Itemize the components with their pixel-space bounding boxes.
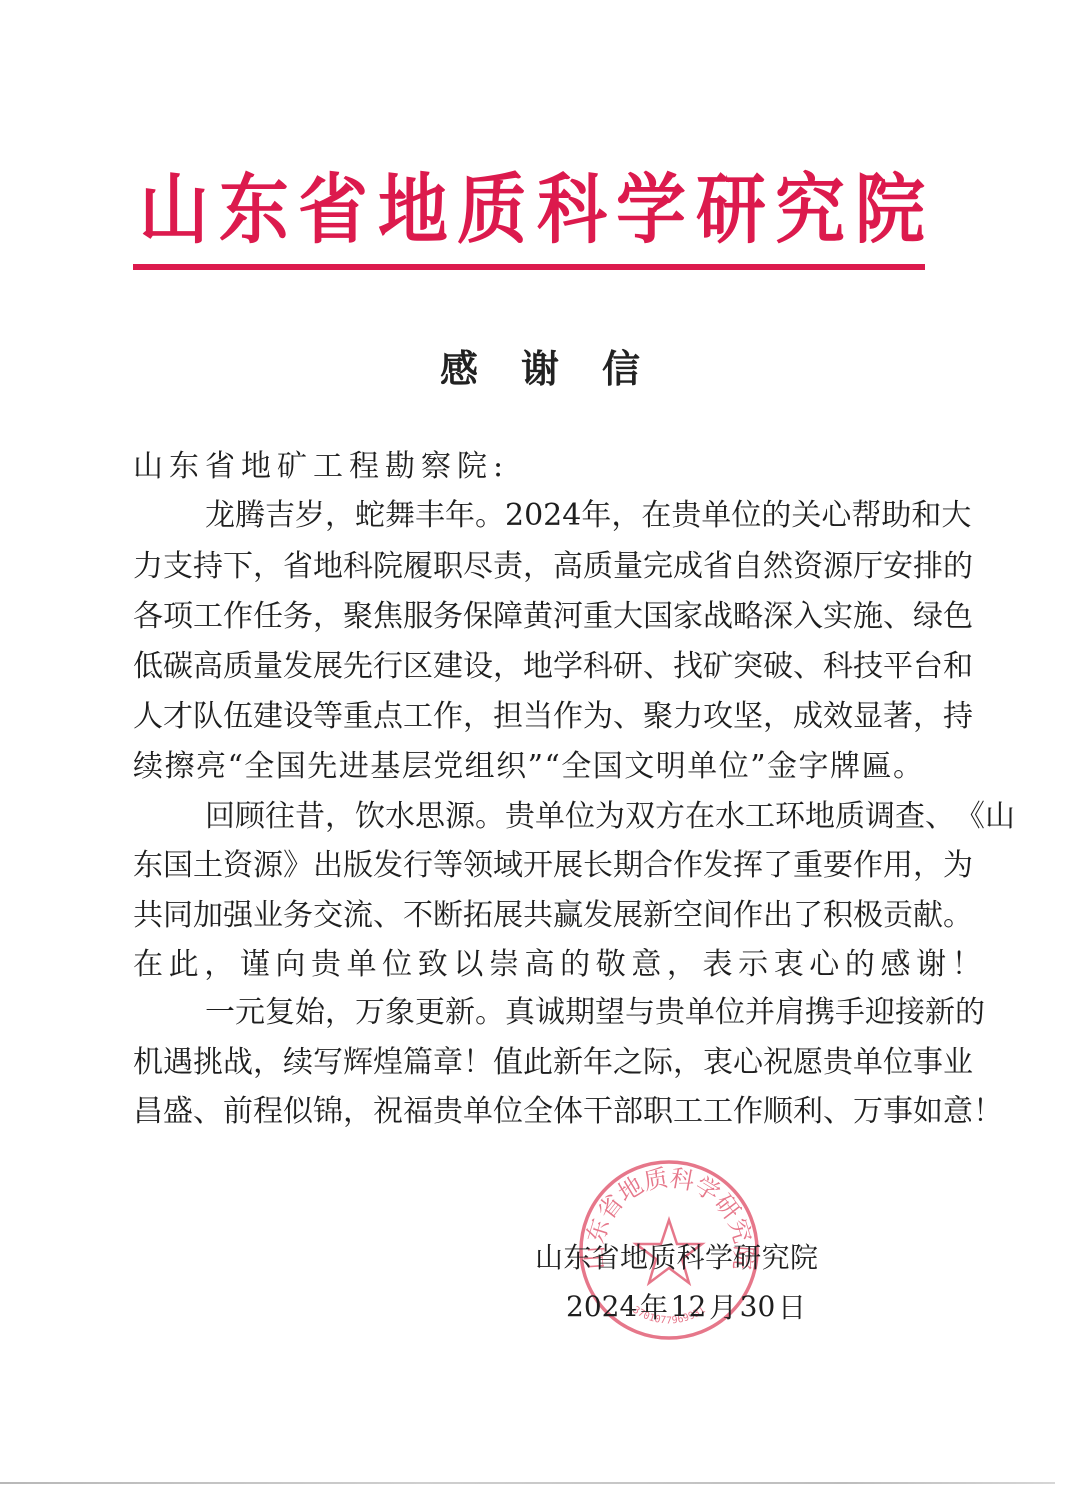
- letter-line-char: 遇: [163, 1043, 193, 1083]
- letter-line-char: 断: [433, 896, 463, 936]
- letter-line-char: 一: [205, 993, 235, 1033]
- letter-line-char: 成: [673, 547, 703, 587]
- letter-line-char: 等: [313, 697, 343, 737]
- letter-line-char: 值: [493, 1043, 523, 1083]
- letter-line-char: ，: [913, 846, 943, 886]
- letter-line-char: 挑: [193, 1043, 223, 1083]
- letter-line-char: 开: [523, 846, 553, 886]
- letter-line-char: 单: [535, 797, 565, 837]
- signature-date-char: 月: [709, 1286, 737, 1326]
- letterhead-organization-char: 院: [855, 168, 925, 252]
- letter-line-char: 职: [643, 1092, 673, 1132]
- letter-line-char: 效: [823, 697, 853, 737]
- letter-line-char: 接: [895, 993, 925, 1033]
- letter-line-char: 的: [943, 547, 973, 587]
- letter-line-char: 东: [133, 846, 163, 886]
- letter-line-char: 饮: [355, 797, 385, 837]
- letter-line: 各项工作任务，聚焦服务保障黄河重大国家战略深入实施、绿色: [133, 597, 923, 637]
- letter-line-char: 衷: [703, 1043, 733, 1083]
- letter-line-char: 履: [403, 547, 433, 587]
- letter-line-char: 持: [193, 547, 223, 587]
- letter-line: 力支持下，省地科院履职尽责，高质量完成省自然资源厅安排的: [133, 547, 923, 587]
- letter-line-char: ，: [611, 496, 641, 536]
- letter-line-char: 年: [445, 496, 475, 536]
- letter-line: 机遇挑战，续写辉煌篇章！值此新年之际，衷心祝愿贵单位事业: [133, 1043, 923, 1083]
- letter-line-char: 务: [433, 597, 463, 637]
- letter-line-char: 层: [402, 747, 432, 787]
- letter-line-char: 帮: [851, 496, 881, 536]
- letter-line-char: ”: [750, 747, 765, 787]
- letter-line-char: 章: [433, 1043, 463, 1083]
- letter-line-char: ！: [973, 1092, 1003, 1132]
- letter-line-char: 事: [913, 1043, 943, 1083]
- letter-line-char: 组: [465, 747, 495, 787]
- letter-line-char: ，: [325, 993, 355, 1033]
- letter-line-char: 意: [943, 1092, 973, 1132]
- letter-line-char: 。: [475, 797, 505, 837]
- letter-line-char: 新: [553, 1043, 583, 1083]
- letterhead-organization-char: 科: [537, 168, 607, 252]
- letter-line-char: 和: [911, 496, 941, 536]
- letter-line: 东国土资源》出版发行等领域开展长期合作发挥了重要作用，为: [133, 846, 923, 886]
- signature-organization-char: 院: [790, 1236, 818, 1276]
- letter-line-char: 高: [525, 945, 555, 985]
- letter-line-char: “: [227, 747, 242, 787]
- letter-line: 一元复始，万象更新。真诚期望与贵单位并肩携手迎接新的: [205, 993, 923, 1033]
- letter-line-char: 程: [253, 1092, 283, 1132]
- letter-line-char: 各: [133, 597, 163, 637]
- letter-line-char: 持: [943, 697, 973, 737]
- letter-line-char: 际: [643, 1043, 673, 1083]
- letter-line-char: 深: [763, 597, 793, 637]
- letter-line-char: 作: [853, 846, 883, 886]
- letter-line-char: 擦: [164, 747, 194, 787]
- letter-line-char: 版: [343, 846, 373, 886]
- letter-line-char: 党: [433, 747, 463, 787]
- letter-line-char: 等: [433, 846, 463, 886]
- letter-line-char: 心: [809, 945, 839, 985]
- letter-line-char: 位: [715, 993, 745, 1033]
- letter-line-char: 国: [276, 747, 306, 787]
- letter-line-char: 位: [883, 1043, 913, 1083]
- letter-line-char: 的: [761, 496, 791, 536]
- letter-line-char: 加: [193, 896, 223, 936]
- letter-line-char: 位: [565, 797, 595, 837]
- letter-line-char: 设: [463, 647, 493, 687]
- letter-line-char: 破: [763, 647, 793, 687]
- letter-line-char: 著: [883, 697, 913, 737]
- letter-line-char: 进: [339, 747, 369, 787]
- letter-line-char: 源: [823, 547, 853, 587]
- letter-line-char: 流: [343, 896, 373, 936]
- letter-line-char: 崇: [489, 945, 519, 985]
- letter-line-char: 调: [865, 797, 895, 837]
- letter-line-char: 完: [643, 547, 673, 587]
- letter-line-char: 间: [703, 896, 733, 936]
- letter-line-char: 业: [253, 896, 283, 936]
- letter-line-char: 为: [583, 697, 613, 737]
- letter-line-char: ，: [253, 547, 283, 587]
- letter-line-char: 空: [673, 896, 703, 936]
- letter-line-char: 障: [493, 597, 523, 637]
- letter-line-char: 辉: [343, 1043, 373, 1083]
- letter-line-char: 并: [745, 993, 775, 1033]
- letterhead-organization: 山东省地质科学研究院: [136, 168, 928, 252]
- letter-line-char: 、: [883, 597, 913, 637]
- letter-line-char: 贵: [655, 993, 685, 1033]
- letter-line-char: 、: [925, 797, 955, 837]
- letter-line: 共同加强业务交流、不断拓展共赢发展新空间作出了积极贡献。: [133, 896, 923, 936]
- letter-line-char: ，: [343, 1092, 373, 1132]
- letter-line-char: 重: [793, 846, 823, 886]
- letter-line-char: 事: [883, 1092, 913, 1132]
- letter-line-char: ，: [673, 1043, 703, 1083]
- letter-line: 龙腾吉岁，蛇舞丰年。2024年，在贵单位的关心帮助和大: [205, 496, 923, 536]
- letter-line-char: 出: [763, 896, 793, 936]
- letter-line-char: 顺: [763, 1092, 793, 1132]
- letter-line-char: 战: [223, 1043, 253, 1083]
- letter-line-char: 源: [253, 846, 283, 886]
- signature-date-char: 30: [740, 1290, 776, 1323]
- letter-line-char: 资: [793, 547, 823, 587]
- letter-line-char: 心: [821, 496, 851, 536]
- letter-line-char: 在: [685, 797, 715, 837]
- letter-line-char: 高: [193, 647, 223, 687]
- letter-line-char: 续: [283, 1043, 313, 1083]
- letter-line-char: 展: [613, 896, 643, 936]
- letter-line-char: 舞: [385, 496, 415, 536]
- letter-line-char: 大: [613, 597, 643, 637]
- letter-line-char: 利: [793, 1092, 823, 1132]
- letter-line-char: 新: [643, 896, 673, 936]
- letter-line-char: 国: [593, 747, 623, 787]
- letter-line-char: 下: [223, 547, 253, 587]
- letter-line: 低碳高质量发展先行区建设，地学科研、找矿突破、科技平台和: [133, 647, 923, 687]
- letter-line-char: 》: [283, 846, 313, 886]
- letter-line-char: 谨: [240, 945, 270, 985]
- letter-line-char: 的: [560, 945, 590, 985]
- letter-line-char: 携: [805, 993, 835, 1033]
- letter-line-char: 展: [493, 896, 523, 936]
- document-title-char: 信: [602, 338, 640, 393]
- letter-line-char: 煌: [373, 1043, 403, 1083]
- letter-line-char: 省: [283, 547, 313, 587]
- letter-line-char: 、: [613, 697, 643, 737]
- letter-line: 昌盛、前程似锦，祝福贵单位全体干部职工工作顺利、万事如意！: [133, 1092, 923, 1132]
- letter-line-char: 水: [715, 797, 745, 837]
- letter-line-char: 文: [624, 747, 654, 787]
- letter-line-char: 全: [244, 747, 274, 787]
- salutation: 山东省地矿工程勘察院:: [133, 447, 923, 487]
- letter-line-char: 找: [673, 647, 703, 687]
- letter-line-char: 始: [295, 993, 325, 1033]
- letterhead-organization-char: 地: [378, 168, 448, 252]
- letterhead-organization-char: 学: [616, 168, 686, 252]
- letter-line-char: ，: [463, 697, 493, 737]
- letter-line-char: 在: [641, 496, 671, 536]
- letter-line-char: 学: [553, 647, 583, 687]
- letter-line-char: 务: [283, 597, 313, 637]
- letter-line-char: 写: [313, 1043, 343, 1083]
- letter-line-char: 单: [463, 1092, 493, 1132]
- letter-line-char: ，: [253, 1043, 283, 1083]
- letter-line-char: 年: [581, 496, 611, 536]
- letter-line-char: 真: [505, 993, 535, 1033]
- letter-line-char: 手: [835, 993, 865, 1033]
- letter-line-char: 祝: [373, 1092, 403, 1132]
- letterhead-organization-char: 山: [139, 168, 209, 252]
- letter-line-char: 单: [685, 993, 715, 1033]
- letter-line-char: ，: [493, 647, 523, 687]
- letter-line-char: 高: [553, 547, 583, 587]
- signature-date-char: 2024: [566, 1290, 637, 1323]
- letter-line-char: 保: [463, 597, 493, 637]
- letter-line-char: 发: [283, 647, 313, 687]
- letter-line-char: 出: [313, 846, 343, 886]
- letter-line-char: 昔: [295, 797, 325, 837]
- signature-organization-char: 东: [563, 1236, 591, 1276]
- letter-line-char: 衷: [774, 945, 804, 985]
- letter-line-char: 务: [283, 896, 313, 936]
- letter-line-char: 表: [703, 945, 733, 985]
- letter-line-char: 地: [313, 547, 343, 587]
- letter-line-char: 《: [955, 797, 985, 837]
- letter-line-char: 先: [343, 647, 373, 687]
- letter-line-char: 自: [733, 547, 763, 587]
- letter-line-char: 用: [883, 846, 913, 886]
- letter-line-char: 台: [913, 647, 943, 687]
- letter-line-char: 资: [223, 846, 253, 886]
- letter-line-char: 、: [823, 1092, 853, 1132]
- letter-line-char: 战: [703, 597, 733, 637]
- letter-line-char: 平: [883, 647, 913, 687]
- letter-line-char: 绿: [913, 597, 943, 637]
- letter-line-char: 院: [373, 547, 403, 587]
- letter-line-char: 祝: [763, 1043, 793, 1083]
- letter-line-char: 展: [553, 846, 583, 886]
- letter-line-char: 贡: [883, 896, 913, 936]
- letter-line-char: 聚: [643, 697, 673, 737]
- letter-line-char: 盛: [163, 1092, 193, 1132]
- letter-line-char: 关: [791, 496, 821, 536]
- letter-line-char: 不: [403, 896, 433, 936]
- signature-organization-char: 学: [705, 1236, 733, 1276]
- letter-line-char: 的: [955, 993, 985, 1033]
- letter-line-char: 工: [703, 1092, 733, 1132]
- letter-line-char: 基: [370, 747, 400, 787]
- letter-line-char: 建: [433, 647, 463, 687]
- letter-line-char: 在: [133, 945, 163, 985]
- letter-line-char: 回: [205, 797, 235, 837]
- letter-line-char: 之: [613, 1043, 643, 1083]
- letter-line-char: 单: [853, 1043, 883, 1083]
- letter-line-char: ，: [325, 496, 355, 536]
- letterhead-divider: [133, 264, 925, 270]
- letter-line-char: 作: [433, 697, 463, 737]
- letter-line-char: 。: [943, 896, 973, 936]
- letter-line-char: 极: [853, 896, 883, 936]
- letter-line: 在此，谨向贵单位致以崇高的敬意，表示衷心的感谢！: [133, 945, 923, 985]
- letter-line-char: 以: [453, 945, 483, 985]
- letter-line-char: 。: [475, 496, 505, 536]
- letter-line-char: 向: [275, 945, 305, 985]
- letter-line-char: 职: [433, 547, 463, 587]
- letterhead-organization-char: 究: [775, 168, 845, 252]
- letter-line-char: 此: [169, 945, 199, 985]
- letter-line-char: 攻: [703, 697, 733, 737]
- letter-line-char: 焦: [373, 597, 403, 637]
- letter-line-char: 查: [895, 797, 925, 837]
- letter-line-char: 伍: [223, 697, 253, 737]
- letter-line-char: ！: [463, 1043, 493, 1083]
- letter-line-char: 迎: [865, 993, 895, 1033]
- letter-line-char: 新: [445, 993, 475, 1033]
- letter-line-char: 略: [733, 597, 763, 637]
- letter-line-char: 坚: [733, 697, 763, 737]
- letter-line-char: 环: [775, 797, 805, 837]
- letter-line-char: 排: [913, 547, 943, 587]
- letter-line-char: 昌: [133, 1092, 163, 1132]
- letter-line-char: 先: [307, 747, 337, 787]
- letter-line-char: 象: [385, 993, 415, 1033]
- letter-line-char: 万: [355, 993, 385, 1033]
- signature-date: 2024年12月30日: [566, 1286, 806, 1326]
- letter-line-char: ，: [523, 547, 553, 587]
- letter-line-char: ，: [204, 945, 234, 985]
- letter-line-char: 点: [373, 697, 403, 737]
- letter-line-char: 担: [493, 697, 523, 737]
- letter-line-char: 年: [583, 1043, 613, 1083]
- letter-line-char: 共: [523, 896, 553, 936]
- letter-line-char: 期: [613, 846, 643, 886]
- letter-line-char: 合: [643, 846, 673, 886]
- letter-line-char: ，: [667, 945, 697, 985]
- letter-line-char: 了: [793, 896, 823, 936]
- letter-line-char: 河: [553, 597, 583, 637]
- letter-line-char: 续: [133, 747, 163, 787]
- letter-line-char: 龙: [205, 496, 235, 536]
- letterhead-organization-char: 东: [219, 168, 289, 252]
- letter-line-char: 赢: [553, 896, 583, 936]
- letter-line-char: 服: [403, 597, 433, 637]
- letter-line-char: 岁: [295, 496, 325, 536]
- letter-line-char: 、: [643, 647, 673, 687]
- letter-line-char: “: [544, 747, 559, 787]
- letter-line-char: 机: [133, 1043, 163, 1083]
- letter-line-char: 拓: [463, 896, 493, 936]
- letter-line-char: 矿: [703, 647, 733, 687]
- letter-line-char: 色: [943, 597, 973, 637]
- letter-line-char: 丰: [415, 496, 445, 536]
- letter-line-char: 、: [373, 896, 403, 936]
- signature-organization-char: 研: [733, 1236, 761, 1276]
- letter-line-char: 吉: [265, 496, 295, 536]
- letter-line-char: 成: [793, 697, 823, 737]
- signature-date-char: 年: [640, 1286, 668, 1326]
- letter-line-char: 福: [403, 1092, 433, 1132]
- signature-date-char: 日: [778, 1286, 806, 1326]
- letter-line-char: 厅: [853, 547, 883, 587]
- letter-line-char: 土: [193, 846, 223, 886]
- letter-line-char: 腾: [235, 496, 265, 536]
- letter-line-char: 诚: [535, 993, 565, 1033]
- letter-line-char: 心: [733, 1043, 763, 1083]
- letter-line-char: 贵: [433, 1092, 463, 1132]
- letter-line-char: 山: [985, 797, 1015, 837]
- letter-line-char: 力: [673, 697, 703, 737]
- letter-line-char: 黄: [523, 597, 553, 637]
- letter-line-char: 部: [613, 1092, 643, 1132]
- letter-line-char: 积: [823, 896, 853, 936]
- letter-line-char: 示: [738, 945, 768, 985]
- letter-line-char: 期: [565, 993, 595, 1033]
- letter-line-char: 元: [235, 993, 265, 1033]
- letter-line-char: 和: [943, 647, 973, 687]
- letter-line-char: 行: [403, 846, 433, 886]
- letter-line-char: 作: [733, 896, 763, 936]
- letter-line: 续擦亮“全国先进基层党组织”“全国文明单位”金字牌匾。: [133, 747, 923, 787]
- letter-line-char: 工: [403, 697, 433, 737]
- letter-line-char: 水: [385, 797, 415, 837]
- letter-line-char: 复: [265, 993, 295, 1033]
- letter-line-char: 字: [799, 747, 829, 787]
- letter-line-char: ，: [325, 797, 355, 837]
- letter-line-char: 贵: [823, 1043, 853, 1083]
- letter-line-char: 队: [193, 697, 223, 737]
- document-title-char: 谢: [521, 338, 559, 393]
- letter-line-char: 位: [719, 747, 749, 787]
- letter-line: 人才队伍建设等重点工作，担当作为、聚力攻坚，成效显著，持: [133, 697, 923, 737]
- letter-line-char: 显: [853, 697, 883, 737]
- document-title-char: 感: [440, 338, 478, 393]
- salutation-text: 山东省地矿工程勘察院:: [133, 447, 509, 487]
- letter-line-char: 新: [925, 993, 955, 1033]
- letter-line-char: 科: [823, 647, 853, 687]
- letter-line-char: 位: [382, 945, 412, 985]
- letter-line-char: 领: [463, 846, 493, 886]
- letter-line-char: 为: [595, 797, 625, 837]
- letter-line-char: 此: [523, 1043, 553, 1083]
- letter-line-char: 位: [493, 1092, 523, 1132]
- letter-line-char: 同: [163, 896, 193, 936]
- letter-line-char: 万: [853, 1092, 883, 1132]
- letter-line-char: 了: [763, 846, 793, 886]
- letter-line-char: 贵: [505, 797, 535, 837]
- letter-line-char: 工: [673, 1092, 703, 1132]
- letter-line-char: 方: [655, 797, 685, 837]
- letter-line-char: 顾: [235, 797, 265, 837]
- letter-line-char: 亮: [196, 747, 226, 787]
- letter-line-char: 工: [745, 797, 775, 837]
- letter-line-char: 行: [373, 647, 403, 687]
- letter-line-char: 。: [475, 993, 505, 1033]
- letter-line-char: 长: [583, 846, 613, 886]
- letter-line-char: 地: [805, 797, 835, 837]
- letter-line-char: 致: [418, 945, 448, 985]
- scan-edge-line: [0, 1482, 1055, 1484]
- signature-organization-char: 科: [677, 1236, 705, 1276]
- letter-line-char: 望: [595, 993, 625, 1033]
- signature-date-char: 12: [671, 1290, 707, 1323]
- letter-line-char: 贵: [311, 945, 341, 985]
- letter-line-char: 大: [941, 496, 971, 536]
- letter-line-char: 2024: [505, 496, 581, 536]
- letter-line-char: 低: [133, 647, 163, 687]
- signature-organization: 山东省地质科学研究院: [535, 1236, 818, 1276]
- letter-line-char: ，: [763, 697, 793, 737]
- letter-line-char: 力: [133, 547, 163, 587]
- letter-line-char: 。: [893, 747, 923, 787]
